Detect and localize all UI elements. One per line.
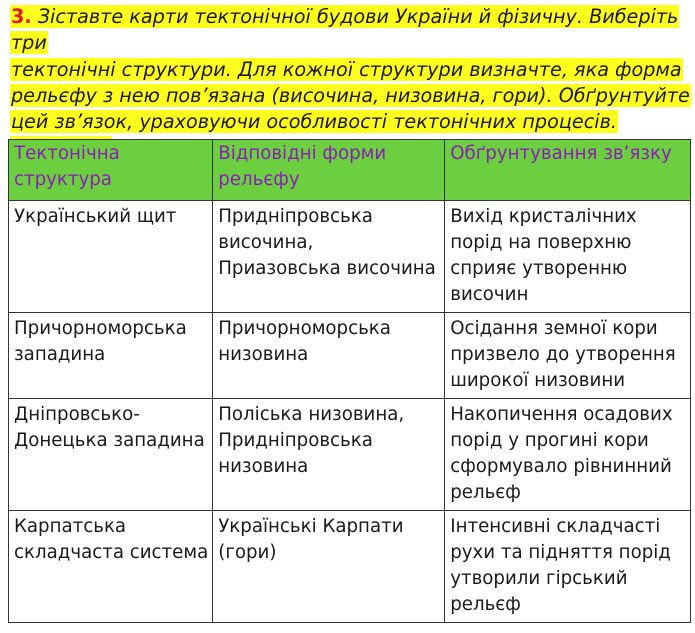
cell-text-line: рельєф <box>450 480 686 506</box>
table-row: Український щит Придніпровськависочина,П… <box>9 201 691 313</box>
task-line: 3. Зіставте карти тектонічної будови Укр… <box>10 5 679 54</box>
cell-text-line: низовина <box>218 342 440 368</box>
cell-text-line: утворили гірський <box>450 566 686 592</box>
cell-text-line: височин <box>450 282 686 308</box>
cell-text-line: Накопичення осадових <box>450 402 686 428</box>
cell-text-line: Поліська низовина, <box>218 402 440 428</box>
cell-text-line: Карпатська <box>14 514 208 540</box>
cell-text-line: Причорноморська <box>14 316 208 342</box>
answer-table: Тектонічнаструктура Відповідні формирель… <box>8 139 691 623</box>
cell-text-line: Придніпровська <box>218 204 440 230</box>
cell-text-line: Український щит <box>14 204 208 230</box>
cell-relief: Причорноморськанизовина <box>213 313 445 399</box>
cell-reason: Осідання земної корипризвело до утворенн… <box>445 313 691 399</box>
table-row: Карпатськаскладчаста система Українські … <box>9 511 691 623</box>
task-number: 3. <box>11 5 32 28</box>
cell-relief: Поліська низовина,Придніпровськанизовина <box>213 399 445 511</box>
cell-relief: Українські Карпати(гори) <box>213 511 445 623</box>
cell-text-line: структура <box>14 167 208 193</box>
cell-text-line: Інтенсивні складчасті <box>450 514 686 540</box>
cell-text-line: порід у прогині кори <box>450 428 686 454</box>
cell-text-line: Донецька западина <box>14 428 208 454</box>
cell-reason: Інтенсивні складчастірухи та підняття по… <box>445 511 691 623</box>
table-header-row: Тектонічнаструктура Відповідні формирель… <box>9 140 691 201</box>
cell-text-line: широкої низовини <box>450 368 686 394</box>
cell-text-line: Придніпровська <box>218 428 440 454</box>
header-tectonic-structure: Тектонічнаструктура <box>9 140 213 201</box>
cell-text-line: призвело до утворення <box>450 342 686 368</box>
cell-structure: Український щит <box>9 201 213 313</box>
cell-text-line: рухи та підняття порід <box>450 540 686 566</box>
cell-text-line: (гори) <box>218 540 440 566</box>
cell-text-line: западина <box>14 342 208 368</box>
cell-text-line: рельєфу <box>218 167 440 193</box>
cell-text-line: Причорноморська <box>218 316 440 342</box>
table-row: Дніпровсько-Донецька западина Поліська н… <box>9 399 691 511</box>
cell-text-line: складчаста система <box>14 540 208 566</box>
header-justification: Обґрунтування зв’язку <box>445 140 691 201</box>
cell-text-line: рельєф <box>450 592 686 618</box>
cell-structure: Карпатськаскладчаста система <box>9 511 213 623</box>
cell-text-line: порід на поверхню <box>450 230 686 256</box>
cell-text-line: Приазовська височина <box>218 256 440 282</box>
header-relief-forms: Відповідні формирельєфу <box>213 140 445 201</box>
task-line: тектонічні структури. Для кожної структу… <box>10 58 683 81</box>
cell-reason: Вихід кристалічнихпорід на поверхнюсприя… <box>445 201 691 313</box>
cell-text-line: Відповідні форми <box>218 141 440 167</box>
cell-text-line: Українські Карпати <box>218 514 440 540</box>
cell-text-line: низовина <box>218 454 440 480</box>
cell-relief: Придніпровськависочина,Приазовська височ… <box>213 201 445 313</box>
task-line: рельєфу з нею пов’язана (височина, низов… <box>10 84 691 107</box>
cell-text-line: Дніпровсько- <box>14 402 208 428</box>
cell-text-line: Обґрунтування зв’язку <box>450 141 686 167</box>
cell-structure: Причорноморськазападина <box>9 313 213 399</box>
table-row: Причорноморськазападина Причорноморськан… <box>9 313 691 399</box>
cell-structure: Дніпровсько-Донецька западина <box>9 399 213 511</box>
cell-text-line: сприяє утворенню <box>450 256 686 282</box>
cell-text-line: сформувало рівнинний <box>450 454 686 480</box>
cell-text-line: Вихід кристалічних <box>450 204 686 230</box>
cell-text-line: Осідання земної кори <box>450 316 686 342</box>
cell-text-line: височина, <box>218 230 440 256</box>
cell-reason: Накопичення осадовихпорід у прогині кори… <box>445 399 691 511</box>
cell-text-line: Тектонічна <box>14 141 208 167</box>
